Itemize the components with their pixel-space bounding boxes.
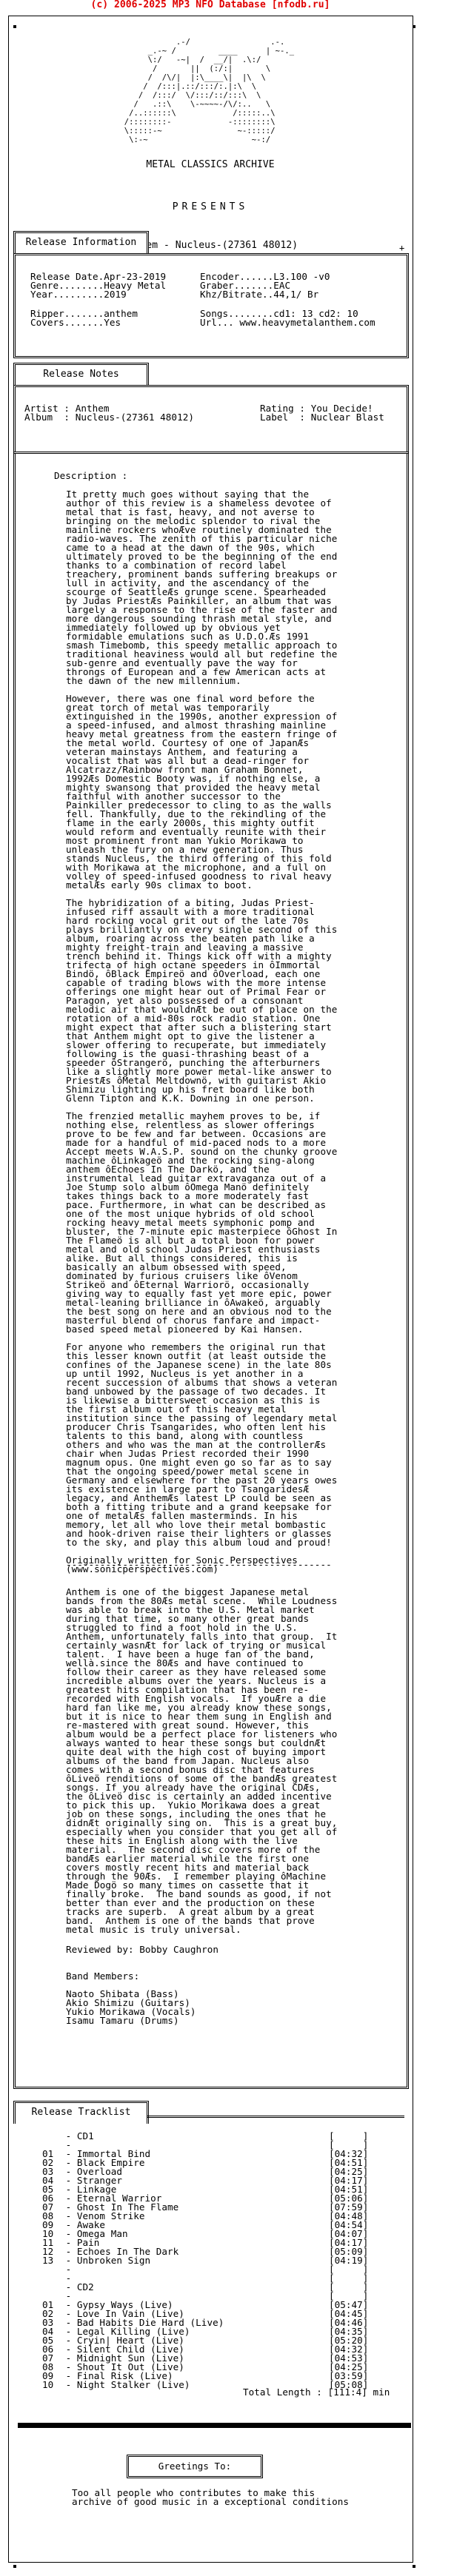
release-info-field: Khz/Bitrate..44,1/ Br: [200, 290, 375, 299]
track-title: CD2: [77, 2281, 94, 2292]
tracklist: - CD1[ ] - [ ]01 - Immortal Bind[04:32]0…: [42, 2132, 224, 2389]
reviewed-by: Reviewed by: Bobby Caughron: [66, 1945, 218, 1954]
tab-release-information: Release Information: [13, 231, 149, 254]
band-members-label: Band Members:: [66, 1972, 139, 1981]
presents-heading: PRESENTS: [0, 203, 421, 212]
release-info-field: Covers.......Yes: [30, 318, 166, 327]
track-title: Night Stalker (Live): [77, 2379, 190, 2390]
review-text-1: It pretty much goes without saying that …: [66, 490, 337, 1574]
release-info-field: Url... www.heavymetalanthem.com: [200, 318, 375, 327]
band-members-list: Naoto Shibata (Bass)Akio Shimizu (Guitar…: [66, 1990, 196, 2025]
track-number: 10: [42, 2381, 60, 2389]
band-member: Isamu Tamaru (Drums): [66, 2016, 196, 2025]
greetings-title: Greetings To:: [127, 2455, 263, 2478]
tab-release-notes: Release Notes: [13, 363, 149, 386]
release-info-right-column: Encoder......L3.100 -v0Graber.......EACK…: [200, 272, 375, 327]
track-number: 13: [42, 2256, 60, 2265]
tracklist-tab-rule: [147, 2116, 404, 2118]
track-row: 10 - Night Stalker (Live)[05:08]: [42, 2381, 224, 2389]
corner-marker-icon: [13, 2565, 16, 2568]
corner-marker-icon: [413, 25, 415, 28]
label-line: Label : Nuclear Blast: [260, 413, 384, 422]
track-title: CD1: [77, 2130, 94, 2141]
review-text-2: Anthem is one of the biggest Japanese me…: [66, 1588, 337, 1934]
description-label: Description :: [54, 472, 127, 480]
track-title: Unbroken Sign: [77, 2255, 150, 2266]
plus-marker-right: +: [399, 244, 404, 252]
corner-marker-icon: [413, 2565, 415, 2568]
archive-name: METAL CLASSICS ARCHIVE: [0, 161, 421, 170]
total-length: Total Length : [111:4] min: [243, 2388, 390, 2397]
section-divider: [18, 2423, 411, 2428]
metal-classics-archive-logo-icon: .-/ .-. _.-~ / ____ | ~-._ \:/ -~| / __/…: [115, 38, 294, 144]
tab-release-tracklist: Release Tracklist: [13, 2101, 149, 2124]
review-divider: ----------------------------------------…: [66, 1560, 332, 1569]
corner-marker-icon: [13, 25, 16, 28]
greetings-text: Too all people who contributes to make t…: [72, 2489, 349, 2506]
copyright-banner: (c) 2006-2025 MP3 NFO Database [nfodb.ru…: [0, 0, 421, 10]
release-info-field: Year.........2019: [30, 290, 166, 299]
release-info-left-column: Release Date.Apr-23-2019Genre........Hea…: [30, 272, 166, 327]
album-line: Album : Nucleus-(27361 48012): [24, 413, 194, 422]
track-separator: -: [60, 2379, 77, 2390]
